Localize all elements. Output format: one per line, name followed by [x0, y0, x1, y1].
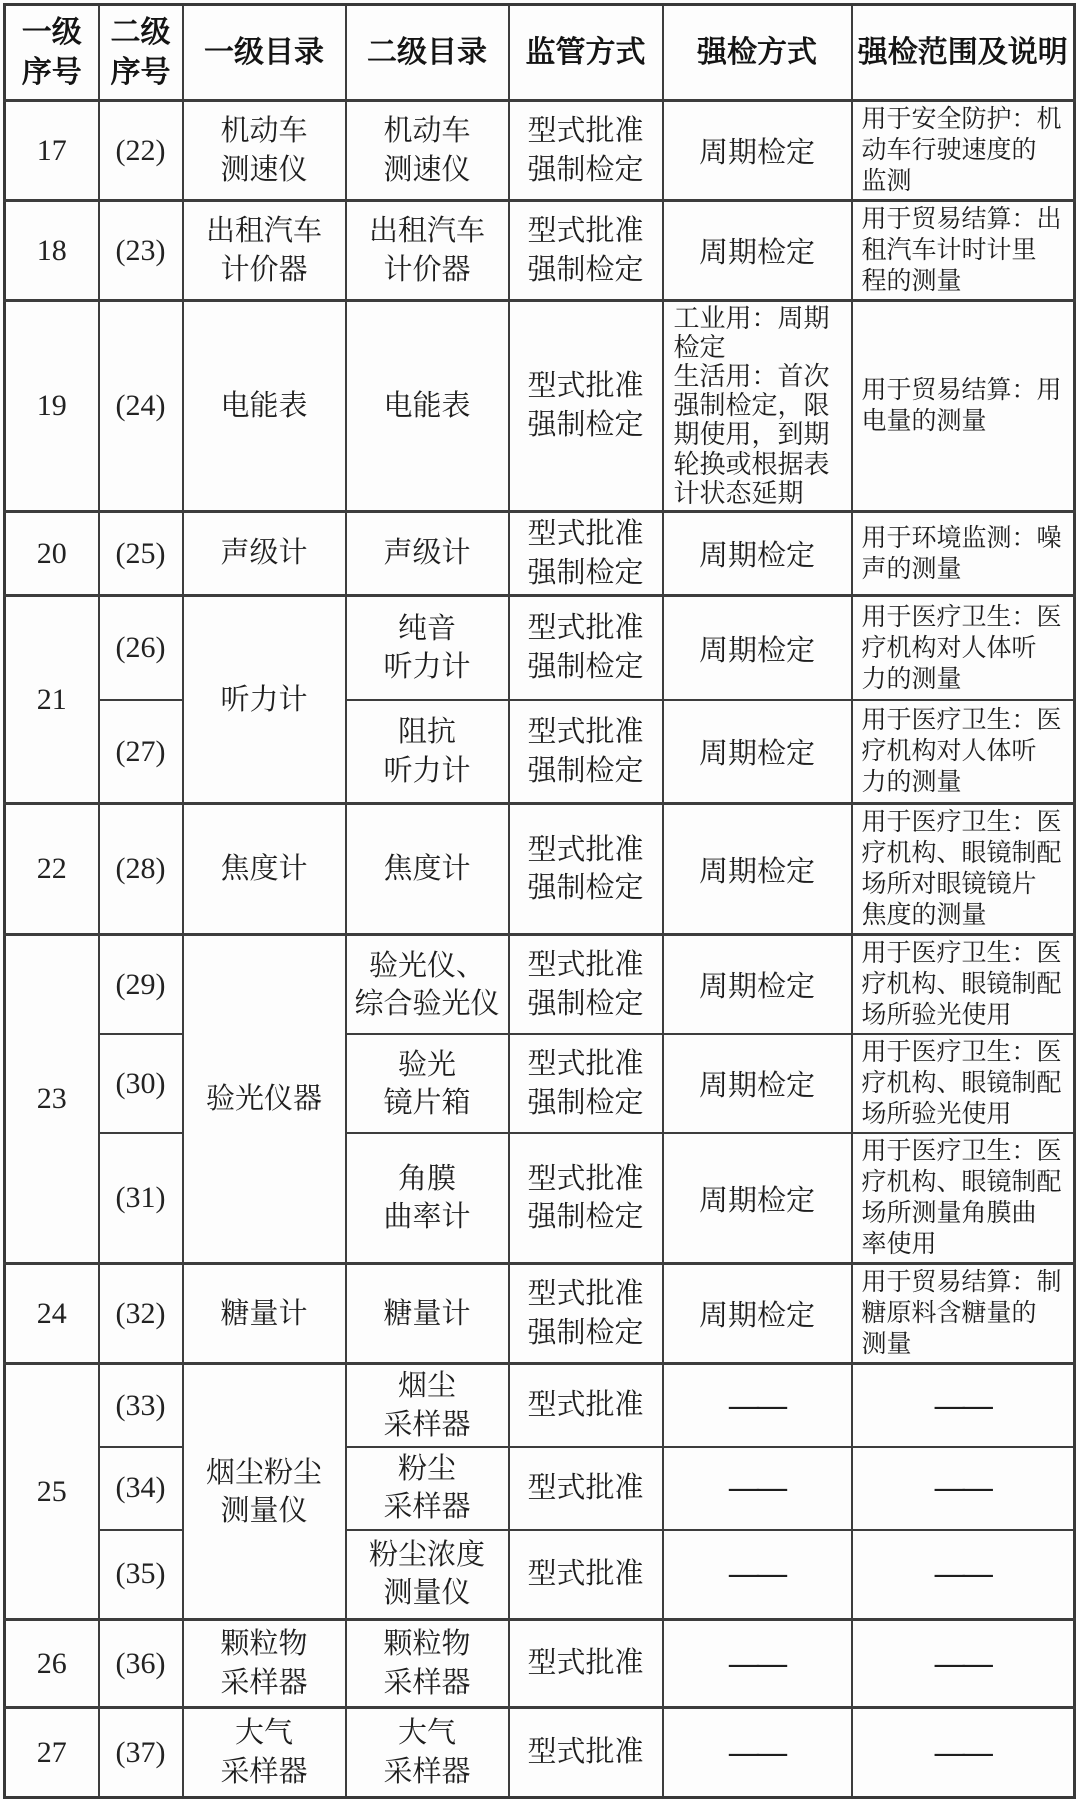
cell-inspection-mode: 周期检定: [663, 101, 852, 201]
cell-level2-no: (29): [99, 935, 183, 1035]
cell-supervision-mode: 型式批准 强制检定: [509, 1133, 663, 1264]
cell-level2-catalog: 出租汽车 计价器: [346, 201, 509, 301]
cell-level2-no: (26): [99, 596, 183, 700]
cell-inspection-mode-dash: ——: [663, 1620, 852, 1708]
cell-level2-no: (31): [99, 1133, 183, 1264]
cell-level1-catalog: 机动车 测速仪: [183, 101, 346, 201]
cell-level1-catalog: 验光仪器: [183, 935, 346, 1264]
cell-level2-no: (28): [99, 804, 183, 935]
table-row-23-sub-31: (31) 角膜 曲率计 型式批准 强制检定 周期检定 用于医疗卫生：医 疗机构、…: [5, 1133, 1075, 1264]
cell-level2-no: (35): [99, 1530, 183, 1620]
cell-level1-catalog: 听力计: [183, 596, 346, 804]
cell-scope-note-dash: ——: [852, 1620, 1075, 1708]
cell-scope-note: 用于医疗卫生：医 疗机构、眼镜制配 场所对眼镜镜片 焦度的测量: [852, 804, 1075, 935]
cell-level2-catalog: 机动车 测速仪: [346, 101, 509, 201]
header-inspection-mode: 强检方式: [663, 5, 852, 101]
cell-level2-catalog: 焦度计: [346, 804, 509, 935]
header-scope-note: 强检范围及说明: [852, 5, 1075, 101]
table-row-27: 27 (37) 大气 采样器 大气 采样器 型式批准 —— ——: [5, 1708, 1075, 1798]
cell-supervision-mode: 型式批准 强制检定: [509, 1264, 663, 1364]
cell-level1-no: 24: [5, 1264, 99, 1364]
table-row-17: 17 (22) 机动车 测速仪 机动车 测速仪 型式批准 强制检定 周期检定 用…: [5, 101, 1075, 201]
cell-scope-note-dash: ——: [852, 1530, 1075, 1620]
header-level1-no: 一级 序号: [5, 5, 99, 101]
cell-supervision-mode: 型式批准: [509, 1708, 663, 1798]
cell-level1-catalog: 糖量计: [183, 1264, 346, 1364]
cell-supervision-mode: 型式批准 强制检定: [509, 700, 663, 804]
cell-level2-no: (24): [99, 301, 183, 512]
cell-level2-catalog: 声级计: [346, 511, 509, 596]
cell-scope-note: 用于贸易结算：出 租汽车计时计里 程的测量: [852, 201, 1075, 301]
cell-level2-catalog: 大气 采样器: [346, 1708, 509, 1798]
cell-level1-no: 18: [5, 201, 99, 301]
cell-scope-note: 用于医疗卫生：医 疗机构、眼镜制配 场所验光使用: [852, 935, 1075, 1035]
cell-level2-catalog: 验光 镜片箱: [346, 1034, 509, 1133]
cell-level2-catalog: 烟尘 采样器: [346, 1364, 509, 1447]
cell-supervision-mode: 型式批准 强制检定: [509, 101, 663, 201]
cell-scope-note-dash: ——: [852, 1364, 1075, 1447]
cell-level1-catalog: 出租汽车 计价器: [183, 201, 346, 301]
cell-inspection-mode-dash: ——: [663, 1530, 852, 1620]
table-row-21-sub-26: 21 (26) 听力计 纯音 听力计 型式批准 强制检定 周期检定 用于医疗卫生…: [5, 596, 1075, 700]
table-row-18: 18 (23) 出租汽车 计价器 出租汽车 计价器 型式批准 强制检定 周期检定…: [5, 201, 1075, 301]
cell-level1-no: 19: [5, 301, 99, 512]
table-row-23-sub-29: 23 (29) 验光仪器 验光仪、 综合验光仪 型式批准 强制检定 周期检定 用…: [5, 935, 1075, 1035]
cell-supervision-mode: 型式批准: [509, 1364, 663, 1447]
cell-level1-catalog: 颗粒物 采样器: [183, 1620, 346, 1708]
cell-level1-no: 22: [5, 804, 99, 935]
cell-inspection-mode: 周期检定: [663, 700, 852, 804]
table-row-19: 19 (24) 电能表 电能表 型式批准 强制检定 工业用：周期 检定 生活用：…: [5, 301, 1075, 512]
table-row-21-sub-27: (27) 阻抗 听力计 型式批准 强制检定 周期检定 用于医疗卫生：医 疗机构对…: [5, 700, 1075, 804]
cell-supervision-mode: 型式批准 强制检定: [509, 804, 663, 935]
cell-level2-catalog: 电能表: [346, 301, 509, 512]
cell-level2-no: (34): [99, 1447, 183, 1530]
cell-level2-no: (37): [99, 1708, 183, 1798]
cell-level1-catalog: 声级计: [183, 511, 346, 596]
cell-supervision-mode: 型式批准: [509, 1530, 663, 1620]
cell-inspection-mode-dash: ——: [663, 1364, 852, 1447]
header-level1-catalog: 一级目录: [183, 5, 346, 101]
table-row-20: 20 (25) 声级计 声级计 型式批准 强制检定 周期检定 用于环境监测：噪 …: [5, 511, 1075, 596]
cell-level1-no: 20: [5, 511, 99, 596]
cell-inspection-mode: 周期检定: [663, 201, 852, 301]
cell-level2-catalog: 验光仪、 综合验光仪: [346, 935, 509, 1035]
cell-level1-no: 25: [5, 1364, 99, 1620]
cell-scope-note-dash: ——: [852, 1708, 1075, 1798]
cell-scope-note: 用于医疗卫生：医 疗机构对人体听 力的测量: [852, 700, 1075, 804]
cell-level2-catalog: 角膜 曲率计: [346, 1133, 509, 1264]
cell-level2-no: (36): [99, 1620, 183, 1708]
cell-level2-no: (32): [99, 1264, 183, 1364]
cell-level2-no: (23): [99, 201, 183, 301]
cell-supervision-mode: 型式批准 强制检定: [509, 201, 663, 301]
cell-level1-no: 26: [5, 1620, 99, 1708]
cell-level1-catalog: 大气 采样器: [183, 1708, 346, 1798]
cell-level2-no: (33): [99, 1364, 183, 1447]
cell-inspection-mode: 周期检定: [663, 935, 852, 1035]
table-row-25-sub-35: (35) 粉尘浓度 测量仪 型式批准 —— ——: [5, 1530, 1075, 1620]
cell-inspection-mode: 周期检定: [663, 511, 852, 596]
cell-inspection-mode-dash: ——: [663, 1447, 852, 1530]
instrument-catalog-table: 一级 序号 二级 序号 一级目录 二级目录 监管方式 强检方式 强检范围及说明 …: [3, 3, 1076, 1799]
header-level2-catalog: 二级目录: [346, 5, 509, 101]
cell-level2-catalog: 颗粒物 采样器: [346, 1620, 509, 1708]
table-row-25-sub-34: (34) 粉尘 采样器 型式批准 —— ——: [5, 1447, 1075, 1530]
cell-level2-catalog: 纯音 听力计: [346, 596, 509, 700]
table-row-22: 22 (28) 焦度计 焦度计 型式批准 强制检定 周期检定 用于医疗卫生：医 …: [5, 804, 1075, 935]
cell-level1-catalog: 电能表: [183, 301, 346, 512]
cell-scope-note: 用于贸易结算：用 电量的测量: [852, 301, 1075, 512]
cell-scope-note: 用于医疗卫生：医 疗机构对人体听 力的测量: [852, 596, 1075, 700]
cell-supervision-mode: 型式批准: [509, 1447, 663, 1530]
cell-scope-note: 用于环境监测：噪 声的测量: [852, 511, 1075, 596]
cell-level1-no: 17: [5, 101, 99, 201]
cell-level2-no: (27): [99, 700, 183, 804]
cell-inspection-mode-dash: ——: [663, 1708, 852, 1798]
cell-inspection-mode: 周期检定: [663, 804, 852, 935]
cell-level1-catalog: 焦度计: [183, 804, 346, 935]
cell-supervision-mode: 型式批准 强制检定: [509, 935, 663, 1035]
cell-supervision-mode: 型式批准: [509, 1620, 663, 1708]
cell-supervision-mode: 型式批准 强制检定: [509, 1034, 663, 1133]
cell-supervision-mode: 型式批准 强制检定: [509, 301, 663, 512]
table-row-25-sub-33: 25 (33) 烟尘粉尘 测量仪 烟尘 采样器 型式批准 —— ——: [5, 1364, 1075, 1447]
cell-inspection-mode: 周期检定: [663, 596, 852, 700]
cell-level2-no: (22): [99, 101, 183, 201]
cell-inspection-mode: 周期检定: [663, 1264, 852, 1364]
header-level2-no: 二级 序号: [99, 5, 183, 101]
header-row: 一级 序号 二级 序号 一级目录 二级目录 监管方式 强检方式 强检范围及说明: [5, 5, 1075, 101]
cell-supervision-mode: 型式批准 强制检定: [509, 596, 663, 700]
cell-level2-no: (25): [99, 511, 183, 596]
cell-inspection-mode: 周期检定: [663, 1034, 852, 1133]
cell-level1-catalog: 烟尘粉尘 测量仪: [183, 1364, 346, 1620]
cell-level1-no: 23: [5, 935, 99, 1264]
cell-scope-note: 用于医疗卫生：医 疗机构、眼镜制配 场所验光使用: [852, 1034, 1075, 1133]
header-supervision-mode: 监管方式: [509, 5, 663, 101]
table-row-23-sub-30: (30) 验光 镜片箱 型式批准 强制检定 周期检定 用于医疗卫生：医 疗机构、…: [5, 1034, 1075, 1133]
cell-level1-no: 27: [5, 1708, 99, 1798]
cell-scope-note: 用于贸易结算：制 糖原料含糖量的 测量: [852, 1264, 1075, 1364]
cell-inspection-mode: 周期检定: [663, 1133, 852, 1264]
cell-level2-no: (30): [99, 1034, 183, 1133]
cell-inspection-mode: 工业用：周期 检定 生活用：首次 强制检定，限 期使用，到期 轮换或根据表 计状…: [663, 301, 852, 512]
cell-level2-catalog: 粉尘 采样器: [346, 1447, 509, 1530]
cell-level2-catalog: 粉尘浓度 测量仪: [346, 1530, 509, 1620]
cell-scope-note-dash: ——: [852, 1447, 1075, 1530]
table-row-26: 26 (36) 颗粒物 采样器 颗粒物 采样器 型式批准 —— ——: [5, 1620, 1075, 1708]
cell-supervision-mode: 型式批准 强制检定: [509, 511, 663, 596]
cell-level1-no: 21: [5, 596, 99, 804]
cell-level2-catalog: 糖量计: [346, 1264, 509, 1364]
table-row-24: 24 (32) 糖量计 糖量计 型式批准 强制检定 周期检定 用于贸易结算：制 …: [5, 1264, 1075, 1364]
cell-scope-note: 用于安全防护：机 动车行驶速度的 监测: [852, 101, 1075, 201]
cell-level2-catalog: 阻抗 听力计: [346, 700, 509, 804]
cell-scope-note: 用于医疗卫生：医 疗机构、眼镜制配 场所测量角膜曲 率使用: [852, 1133, 1075, 1264]
